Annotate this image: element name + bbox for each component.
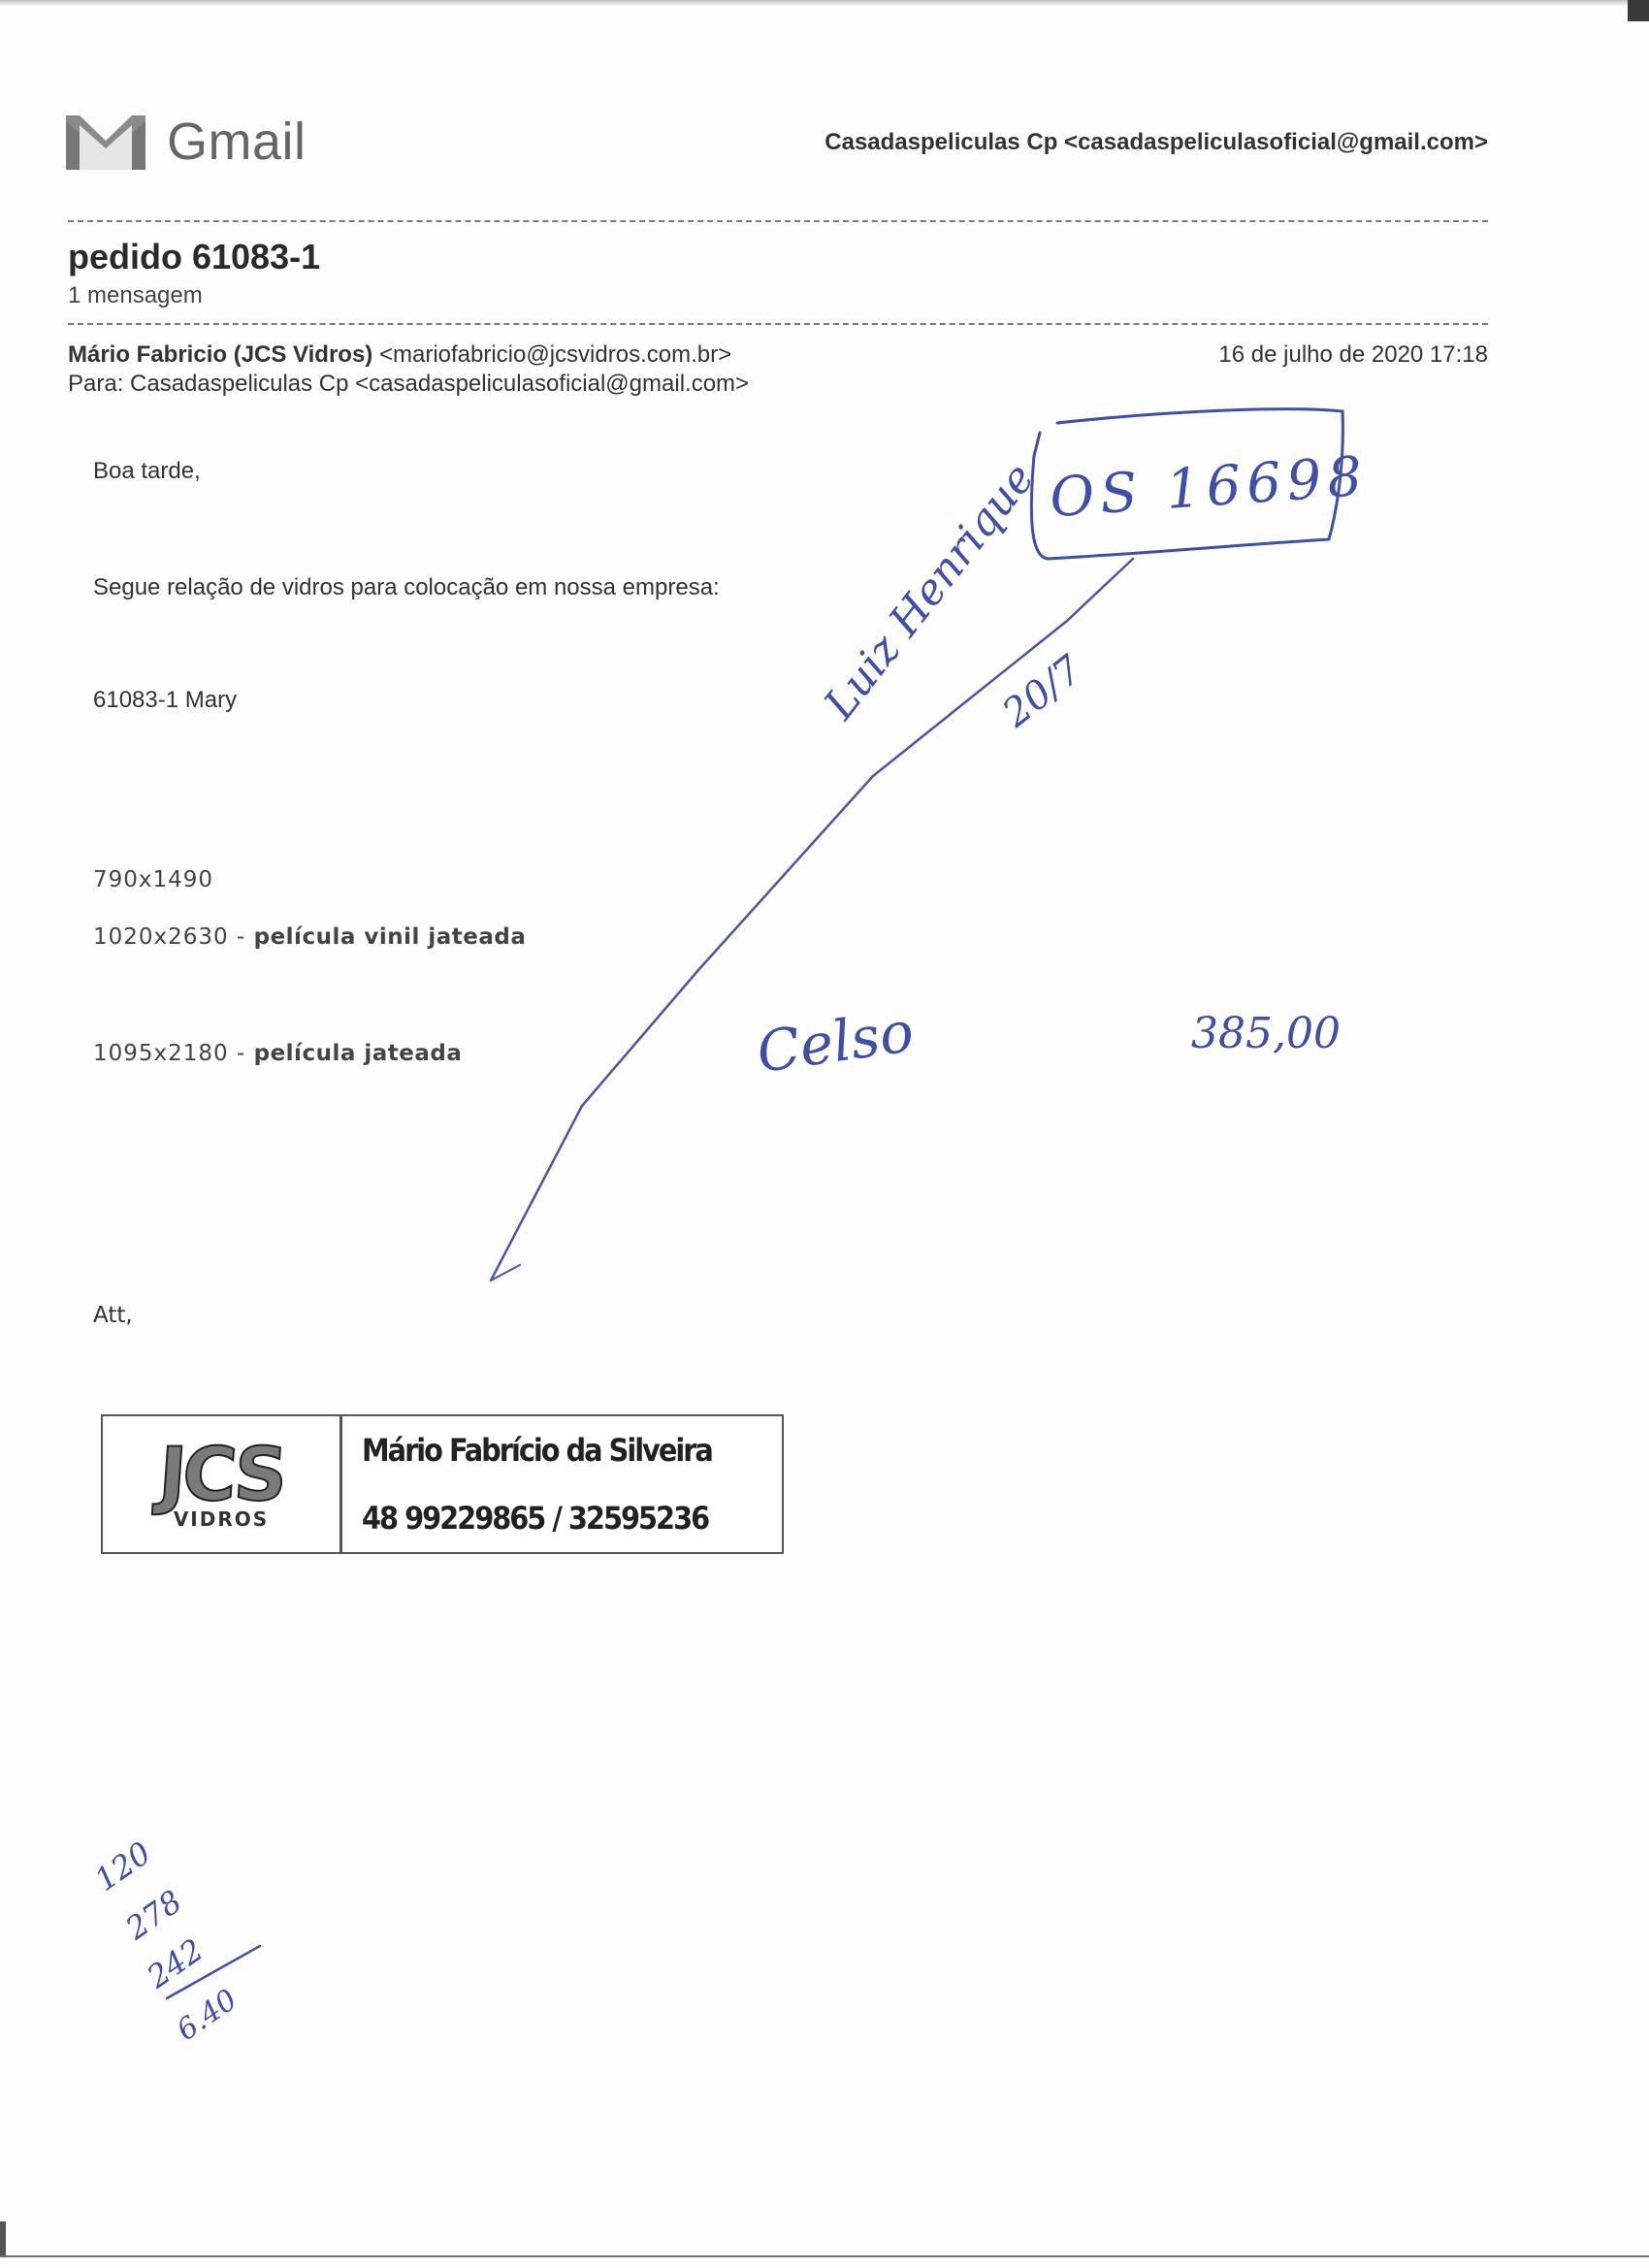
intro-text: Segue relação de vidros para colocação e… — [93, 574, 720, 601]
item-row: 1020x2630 - película vinil jateada — [93, 924, 526, 950]
item-row: 790x1490 — [93, 867, 213, 892]
gmail-logo: Gmail — [66, 112, 307, 172]
order-ref: 61083-1 Mary — [93, 687, 237, 714]
header-divider — [68, 220, 1488, 222]
handwritten-amount: 385,00 — [1191, 1009, 1341, 1058]
logo-text: JCS — [156, 1438, 286, 1511]
message-count: 1 mensagem — [68, 282, 203, 309]
message-date: 16 de julho de 2020 17:18 — [1218, 341, 1488, 369]
signature-phone: 48 99229865 / 32595236 — [362, 1500, 782, 1537]
handwritten-os-number: OS 16698 — [1048, 445, 1370, 531]
item-row: 1095x2180 - película jateada — [93, 1041, 462, 1066]
gmail-m-icon — [66, 112, 145, 172]
sender: Mário Fabricio (JCS Vidros) <mariofabric… — [68, 341, 731, 369]
email-subject: pedido 61083-1 — [68, 237, 320, 277]
signature-info: Mário Fabrício da Silveira 48 99229865 /… — [342, 1416, 782, 1552]
recipient: Para: Casadaspeliculas Cp <casadaspelicu… — [68, 371, 749, 398]
item-description: película jateada — [254, 1041, 463, 1066]
handwritten-initials: Celso — [753, 998, 918, 1085]
handwritten-calc: 242 — [141, 1931, 210, 1995]
handwriting-strokes — [0, 0, 1649, 2268]
handwritten-calc-total: 6.40 — [171, 1983, 243, 2048]
scan-edge-bottom — [0, 2255, 1649, 2268]
scan-corner — [1628, 0, 1649, 21]
gmail-wordmark: Gmail — [167, 112, 307, 172]
item-size: 1020x2630 - — [93, 924, 254, 950]
jcs-vidros-logo: JCS VIDROS — [103, 1416, 342, 1552]
handwritten-date-note: 20/7 — [994, 647, 1090, 736]
email-signature: JCS VIDROS Mário Fabrício da Silveira 48… — [101, 1414, 784, 1554]
item-description: película vinil jateada — [254, 924, 527, 950]
account-email: Casadaspeliculas Cp <casadaspeliculasofi… — [824, 129, 1488, 156]
scan-edge-top — [0, 0, 1649, 6]
sender-email: <mariofabricio@jcsvidros.com.br> — [379, 341, 731, 368]
handwritten-calc: 120 — [88, 1834, 158, 1898]
signature-name: Mário Fabrício da Silveira — [362, 1432, 782, 1469]
subject-divider — [68, 323, 1488, 325]
sender-name: Mário Fabricio (JCS Vidros) — [68, 341, 372, 368]
item-size: 790x1490 — [93, 867, 213, 892]
item-size: 1095x2180 - — [93, 1041, 254, 1066]
closing: Att, — [93, 1303, 133, 1328]
greeting: Boa tarde, — [93, 458, 201, 485]
